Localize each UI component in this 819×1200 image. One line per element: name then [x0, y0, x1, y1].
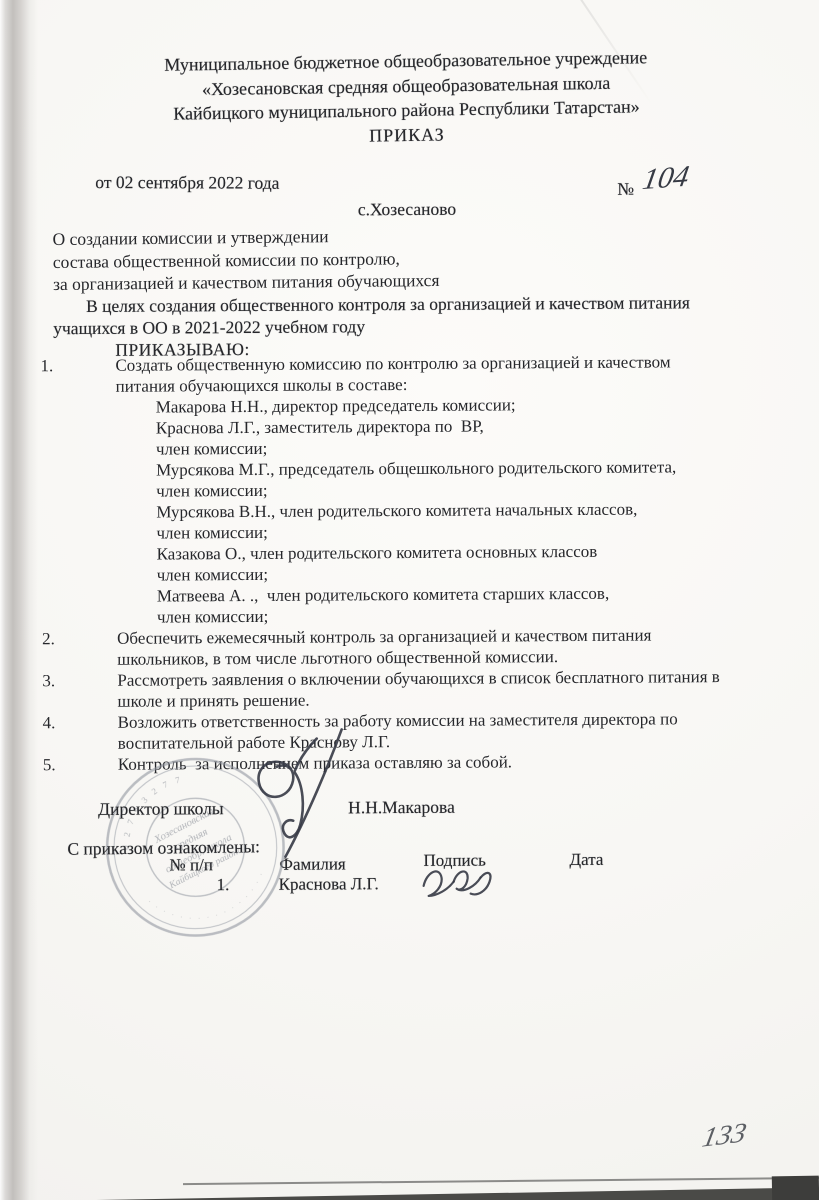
preamble-line-2: учащихся в ОО в 2021-2022 учебном году [53, 316, 365, 339]
order-number-handwritten: 104 [640, 160, 692, 197]
order-item-1: 1. Создать общественную комиссию по конт… [40, 351, 777, 628]
commission-members-list: Макарова Н.Н., директор председатель ком… [156, 393, 777, 628]
item-text: Создать общественную комиссию по контрол… [115, 351, 777, 628]
acknowledgement-signature [417, 855, 499, 902]
order-date: от 02 сентября 2022 года [95, 172, 279, 194]
preamble-line-1: В целях создания общественного контроля … [86, 292, 690, 317]
item-number: 2. [42, 628, 117, 670]
item-text: Обеспечить ежемесячный контроль за орган… [117, 624, 777, 670]
handwritten-page-number: 133 [699, 1117, 749, 1154]
signer-position-title: Директор школы [98, 798, 224, 820]
acknowledgement-caption: С приказом ознакомлены: [67, 836, 260, 860]
order-items-list: 1. Создать общественную комиссию по конт… [40, 351, 778, 775]
order-place: с.Хозесаново [0, 197, 817, 223]
ack-row-number: 1. [217, 875, 230, 895]
scanned-order-document: Муниципальное бюджетное общеобразователь… [0, 0, 819, 1200]
director-name: Н.Н.Макарова [348, 797, 455, 819]
item-number: 4. [43, 712, 118, 754]
organization-header: Муниципальное бюджетное общеобразователь… [0, 43, 817, 154]
ack-col-date: Дата [569, 850, 603, 870]
org-name-lines: Муниципальное бюджетное общеобразователь… [0, 43, 816, 129]
ack-col-number: № п/п [169, 855, 213, 875]
item-number: 5. [43, 754, 118, 775]
order-item-4: 4. Возложить ответственность за работу к… [43, 708, 778, 754]
order-item-3: 3. Рассмотреть заявления о включении обу… [42, 666, 777, 712]
item-number: 3. [42, 670, 117, 712]
order-item-2: 2. Обеспечить ежемесячный контроль за ор… [42, 624, 777, 670]
order-subject: О создании комиссии и утверждениисостава… [52, 224, 439, 296]
item-text: Рассмотреть заявления о включении обучаю… [117, 666, 777, 712]
order-subject-line: за организацией и качеством питания обуч… [53, 269, 440, 296]
item-number: 1. [40, 355, 117, 628]
item-line: Рассмотреть заявления о включении обучаю… [117, 666, 777, 691]
item-lines: Создать общественную комиссию по контрол… [115, 351, 775, 397]
order-number-label: № [617, 179, 634, 200]
